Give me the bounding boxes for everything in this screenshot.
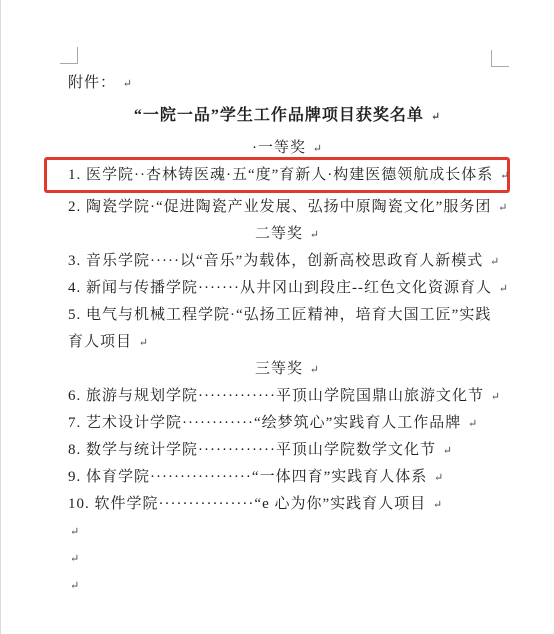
pilcrow-mark: ↵ xyxy=(123,78,132,90)
document-title: “一院一品”学生工作品牌项目获奖名单 ↵ xyxy=(68,102,506,129)
award-item-text: 10. 软件学院················“e 心为你”实践育人项目 xyxy=(68,496,426,512)
award-item-5-line1: 5. 电气与机械工程学院·“弘扬工匠精神，培育大国工匠”实践 xyxy=(68,302,506,329)
award-item-text: 9. 体育学院·················“一体四育”实践育人体系 xyxy=(68,469,427,485)
award-item-text: 4. 新闻与传播学院·······从井冈山到段庄--红色文化资源育人 xyxy=(68,280,492,296)
award-item-text: 7. 艺术设计学院············“绘梦筑心”实践育人工作品牌 xyxy=(68,415,461,431)
pilcrow-mark: ↵ xyxy=(70,553,79,565)
award-item-text: 3. 音乐学院·····以“音乐”为载体，创新高校思政育人新模式 xyxy=(68,253,483,269)
pilcrow-mark: ↵ xyxy=(468,418,477,430)
pilcrow-mark: ↵ xyxy=(70,526,79,538)
empty-paragraph: ↵ xyxy=(68,545,506,572)
text-boundary-corner-top-right xyxy=(491,50,509,67)
award-item-10: 10. 软件学院················“e 心为你”实践育人项目 ↵ xyxy=(68,491,506,518)
pilcrow-mark: ↵ xyxy=(310,229,319,241)
award-item-text: 5. 电气与机械工程学院·“弘扬工匠精神，培育大国工匠”实践 xyxy=(68,307,491,323)
award-item-6: 6. 旅游与规划学院·············平顶山学院国鼎山旅游文化节 ↵ xyxy=(68,383,506,410)
page-edge-line xyxy=(0,0,1,634)
section-heading-third-prize: 三等奖 ↵ xyxy=(68,356,506,383)
document-body: 附件： ↵ “一院一品”学生工作品牌项目获奖名单 ↵ ·一等奖 ↵ 1. 医学院… xyxy=(68,70,506,599)
pilcrow-mark: ↵ xyxy=(443,445,452,457)
attachment-label-line: 附件： ↵ xyxy=(68,70,506,97)
pilcrow-mark: ↵ xyxy=(139,337,148,349)
award-item-5-line2: 育人项目 ↵ xyxy=(68,329,506,356)
pilcrow-mark: ↵ xyxy=(431,111,440,123)
award-item-1-highlighted: 1. 医学院··杏林铸医魂·五“度”育新人·构建医德领航成长体系 ↵ xyxy=(44,157,510,193)
pilcrow-mark: ↵ xyxy=(499,283,508,295)
award-item-9: 9. 体育学院·················“一体四育”实践育人体系 ↵ xyxy=(68,464,506,491)
pilcrow-mark: ↵ xyxy=(313,143,322,155)
pilcrow-mark: ↵ xyxy=(491,391,500,403)
pilcrow-mark: ↵ xyxy=(433,499,442,511)
attachment-label: 附件： xyxy=(68,75,116,91)
pilcrow-mark: ↵ xyxy=(310,364,319,376)
pilcrow-mark: ↵ xyxy=(490,256,499,268)
award-item-3: 3. 音乐学院·····以“音乐”为载体，创新高校思政育人新模式 ↵ xyxy=(68,248,506,275)
award-item-4: 4. 新闻与传播学院·······从井冈山到段庄--红色文化资源育人 ↵ xyxy=(68,275,506,302)
pilcrow-mark: ↵ xyxy=(434,472,443,484)
award-item-7: 7. 艺术设计学院············“绘梦筑心”实践育人工作品牌 ↵ xyxy=(68,410,506,437)
pilcrow-mark: ↵ xyxy=(70,580,79,592)
text-boundary-corner-top-left xyxy=(60,47,78,64)
heading-text: 三等奖 xyxy=(255,361,303,377)
award-item-text: 2. 陶瓷学院·“促进陶瓷产业发展、弘扬中原陶瓷文化”服务团 xyxy=(68,199,491,215)
title-text: “一院一品”学生工作品牌项目获奖名单 xyxy=(134,107,424,124)
pilcrow-mark: ↵ xyxy=(500,170,509,182)
award-item-text: 8. 数学与统计学院·············平顶山学院数学文化节 xyxy=(68,442,436,458)
heading-text: ·一等奖 xyxy=(252,140,306,156)
document-page: 附件： ↵ “一院一品”学生工作品牌项目获奖名单 ↵ ·一等奖 ↵ 1. 医学院… xyxy=(0,0,554,634)
heading-text: 二等奖 xyxy=(255,226,303,242)
empty-paragraph: ↵ xyxy=(68,518,506,545)
empty-paragraph: ↵ xyxy=(68,572,506,599)
award-item-8: 8. 数学与统计学院·············平顶山学院数学文化节 ↵ xyxy=(68,437,506,464)
section-heading-second-prize: 二等奖 ↵ xyxy=(68,221,506,248)
award-item-text: 1. 医学院··杏林铸医魂·五“度”育新人·构建医德领航成长体系 xyxy=(68,167,493,183)
award-item-text: 育人项目 xyxy=(68,334,132,350)
award-item-text: 6. 旅游与规划学院·············平顶山学院国鼎山旅游文化节 xyxy=(68,388,484,404)
pilcrow-mark: ↵ xyxy=(498,202,507,214)
award-item-2: 2. 陶瓷学院·“促进陶瓷产业发展、弘扬中原陶瓷文化”服务团 ↵ xyxy=(68,194,506,221)
